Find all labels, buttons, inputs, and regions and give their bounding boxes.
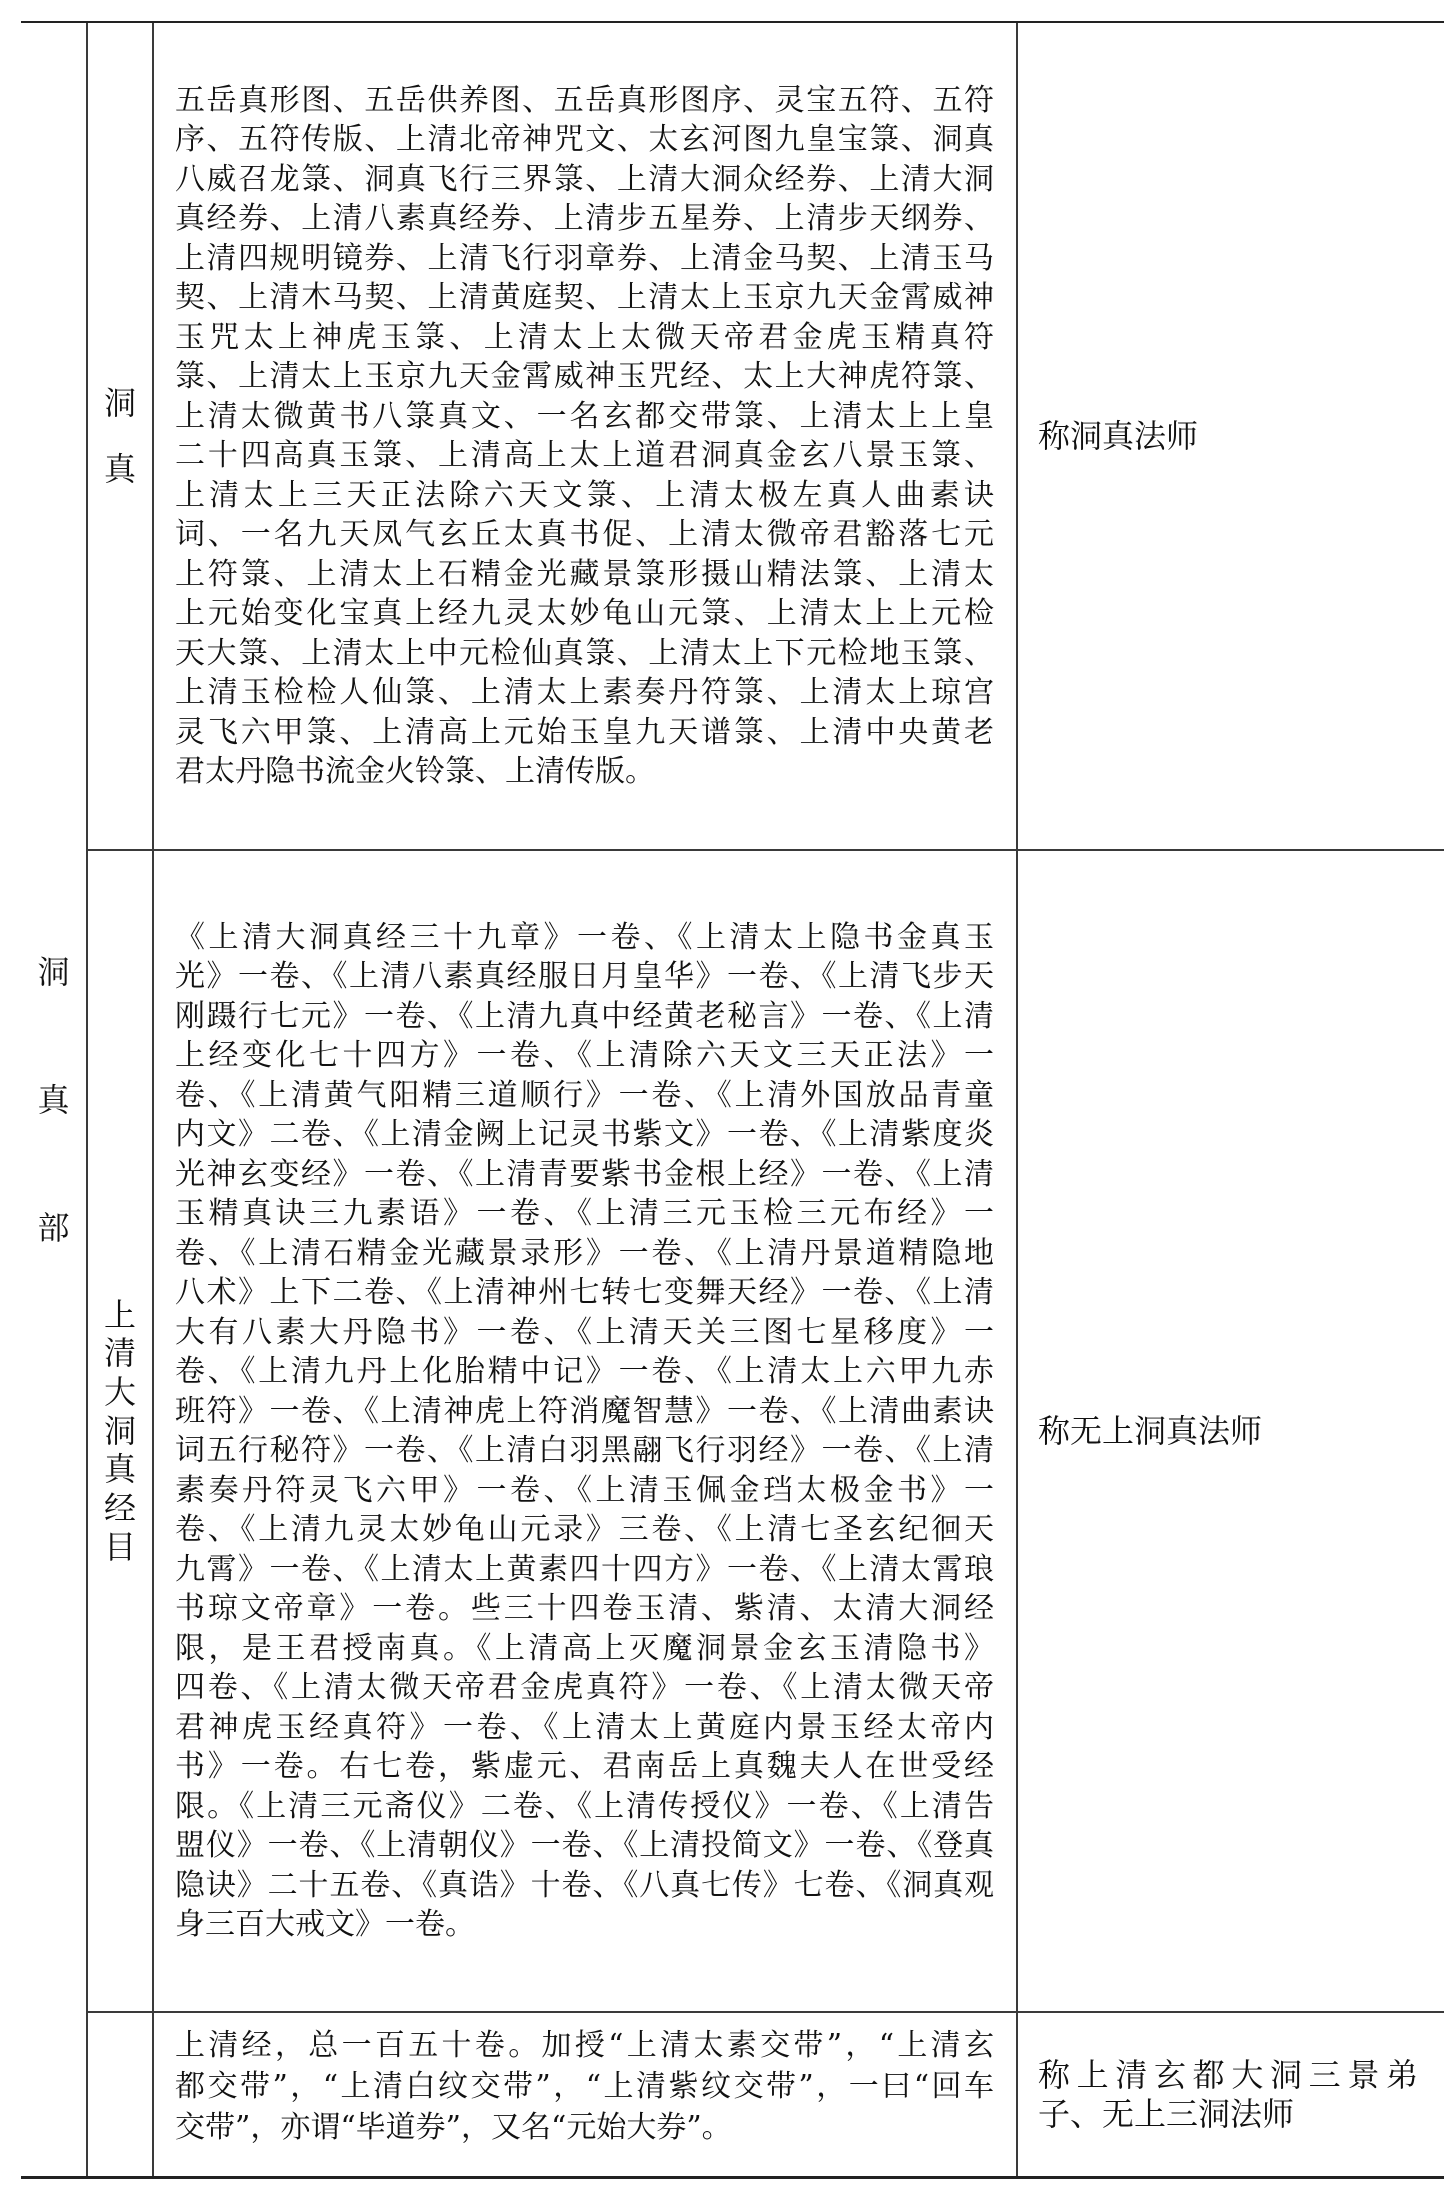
text-line: 称洞真法师 bbox=[1038, 417, 1418, 456]
content-cell-dongzhen: 五岳真形图、五岳供养图、五岳真形图序、灵宝五符、五符序、五符传版、上清北帝神咒文… bbox=[154, 23, 1018, 851]
text-line: 隐诀》二十五卷、《真诰》十卷、《八真七传》七卷、《洞真观 bbox=[175, 1866, 994, 1906]
section-cell: 洞真部 bbox=[21, 23, 88, 2176]
text-line: 君太丹隐书流金火铃箓、上清传版。 bbox=[175, 752, 994, 792]
title-cell-dongzhen: 称洞真法师 bbox=[1018, 23, 1444, 851]
text-line: 书琼文帝章》一卷。些三十四卷玉清、紫清、太清大洞经 bbox=[175, 1589, 994, 1629]
text-line: 上清太上三天正法除六天文箓、上清太极左真人曲素诀 bbox=[175, 476, 994, 516]
ordination-title: 称上清玄都大洞三景弟子、无上三洞法师 bbox=[1038, 2056, 1418, 2134]
text-line: 内文》二卷、《上清金阙上记灵书紫文》一卷、《上清紫度炎 bbox=[175, 1115, 994, 1155]
text-line: 限，是王君授南真。《上清高上灭魔洞景金玄玉清隐书》 bbox=[175, 1629, 994, 1669]
table-bottom-rule bbox=[21, 2176, 1444, 2179]
text-line: 词五行秘符》一卷、《上清白羽黑翮飞行羽经》一卷、《上清 bbox=[175, 1431, 994, 1471]
text-line: 身三百大戒文》一卷。 bbox=[175, 1905, 994, 1945]
ordination-title: 称无上洞真法师 bbox=[1038, 1412, 1418, 1451]
text-line: 五岳真形图、五岳供养图、五岳真形图序、灵宝五符、五符 bbox=[175, 81, 994, 121]
text-line: 真经券、上清八素真经券、上清步五星券、上清步天纲券、 bbox=[175, 199, 994, 239]
vertical-char: 真 bbox=[104, 453, 136, 485]
text-line: 称无上洞真法师 bbox=[1038, 1412, 1418, 1451]
content-cell-shangqing-catalog: 《上清大洞真经三十九章》一卷、《上清太上隐书金真玉光》一卷、《上清八素真经服日月… bbox=[154, 851, 1018, 2013]
content-cell-summary: 上清经，总一百五十卷。加授“上清太素交带”，“上清玄都交带”，“上清白纹交带”，… bbox=[154, 2013, 1018, 2176]
content-paragraph: 上清经，总一百五十卷。加授“上清太素交带”，“上清玄都交带”，“上清白纹交带”，… bbox=[175, 2025, 994, 2148]
vertical-char: 洞 bbox=[104, 1412, 136, 1451]
text-line: 班符》一卷、《上清神虎上符消魔智慧》一卷、《上清曲素诀 bbox=[175, 1392, 994, 1432]
text-line: 四卷、《上清太微天帝君金虎真符》一卷、《上清太微天帝 bbox=[175, 1668, 994, 1708]
text-line: 玉精真诀三九素语》一卷、《上清三元玉检三元布经》一 bbox=[175, 1194, 994, 1234]
vertical-char: 目 bbox=[104, 1528, 136, 1567]
title-cell-shangqing-catalog: 称无上洞真法师 bbox=[1018, 851, 1444, 2013]
text-line: 书》一卷。右七卷，紫虚元、君南岳上真魏夫人在世受经 bbox=[175, 1747, 994, 1787]
text-line: 九霄》一卷、《上清太上黄素四十四方》一卷、《上清太霄琅 bbox=[175, 1550, 994, 1590]
category-cell-shangqing-catalog: 上清大洞真经目 bbox=[88, 851, 154, 2013]
text-line: 盟仪》一卷、《上清朝仪》一卷、《上清投简文》一卷、《登真 bbox=[175, 1826, 994, 1866]
category-label: 上清大洞真经目 bbox=[104, 1296, 136, 1567]
text-line: 交带”，亦谓“毕道券”，又名“元始大券”。 bbox=[175, 2107, 994, 2148]
vertical-char: 清 bbox=[104, 1334, 136, 1373]
vertical-char: 大 bbox=[104, 1373, 136, 1412]
category-label: 洞真 bbox=[104, 387, 136, 485]
text-line: 二十四高真玉箓、上清高上太上道君洞真金玄八景玉箓、 bbox=[175, 436, 994, 476]
category-cell-dongzhen: 洞真 bbox=[88, 23, 154, 851]
text-line: 卷、《上清九灵太妙龟山元录》三卷、《上清七圣玄纪徊天 bbox=[175, 1510, 994, 1550]
text-line: 天大箓、上清太上中元检仙真箓、上清太上下元检地玉箓、 bbox=[175, 634, 994, 674]
vertical-char: 经 bbox=[104, 1489, 136, 1528]
text-line: 光神玄变经》一卷、《上清青要紫书金根上经》一卷、《上清 bbox=[175, 1155, 994, 1195]
content-paragraph: 五岳真形图、五岳供养图、五岳真形图序、灵宝五符、五符序、五符传版、上清北帝神咒文… bbox=[175, 81, 994, 792]
text-line: 君神虎玉经真符》一卷、《上清太上黄庭内景玉经太帝内 bbox=[175, 1708, 994, 1748]
text-line: 上清四规明镜券、上清飞行羽章券、上清金马契、上清玉马 bbox=[175, 239, 994, 279]
vertical-char: 真 bbox=[104, 1450, 136, 1489]
text-line: 上元始变化宝真上经九灵太妙龟山元箓、上清太上上元检 bbox=[175, 594, 994, 634]
text-line: 上清经，总一百五十卷。加授“上清太素交带”，“上清玄 bbox=[175, 2025, 994, 2066]
text-line: 上清玉检检人仙箓、上清太上素奏丹符箓、上清太上琼宫 bbox=[175, 673, 994, 713]
text-line: 素奏丹符灵飞六甲》一卷、《上清玉佩金珰太极金书》一 bbox=[175, 1471, 994, 1511]
text-line: 卷、《上清石精金光藏景录形》一卷、《上清丹景道精隐地 bbox=[175, 1234, 994, 1274]
section-label: 洞真部 bbox=[37, 956, 69, 1244]
document-page: 洞真部 洞真 五岳真形图、五岳供养图、五岳真形图序、灵宝五符、五符序、五符传版、… bbox=[0, 0, 1449, 2194]
text-line: 《上清大洞真经三十九章》一卷、《上清太上隐书金真玉 bbox=[175, 918, 994, 958]
text-line: 卷、《上清黄气阳精三道顺行》一卷、《上清外国放品青童 bbox=[175, 1076, 994, 1116]
text-line: 契、上清木马契、上清黄庭契、上清太上玉京九天金霄威神 bbox=[175, 278, 994, 318]
text-line: 箓、上清太上玉京九天金霄威神玉咒经、太上大神虎符箓、 bbox=[175, 357, 994, 397]
text-line: 大有八素大丹隐书》一卷、《上清天关三图七星移度》一 bbox=[175, 1313, 994, 1353]
text-line: 卷、《上清九丹上化胎精中记》一卷、《上清太上六甲九赤 bbox=[175, 1352, 994, 1392]
ordination-title: 称洞真法师 bbox=[1038, 417, 1418, 456]
text-line: 限。《上清三元斋仪》二卷、《上清传授仪》一卷、《上清告 bbox=[175, 1787, 994, 1827]
text-line: 八术》上下二卷、《上清神州七转七变舞天经》一卷、《上清 bbox=[175, 1273, 994, 1313]
text-line: 八威召龙箓、洞真飞行三界箓、上清大洞众经券、上清大洞 bbox=[175, 160, 994, 200]
text-line: 称上清玄都大洞三景弟 bbox=[1038, 2056, 1418, 2095]
category-cell-empty bbox=[88, 2013, 154, 2176]
text-line: 词、一名九天凤气玄丘太真书促、上清太微帝君豁落七元 bbox=[175, 515, 994, 555]
title-cell-summary: 称上清玄都大洞三景弟子、无上三洞法师 bbox=[1018, 2013, 1444, 2176]
text-line: 上清太微黄书八箓真文、一名玄都交带箓、上清太上上皇 bbox=[175, 397, 994, 437]
text-line: 灵飞六甲箓、上清高上元始玉皇九天谱箓、上清中央黄老 bbox=[175, 713, 994, 753]
text-line: 玉咒太上神虎玉箓、上清太上太微天帝君金虎玉精真符 bbox=[175, 318, 994, 358]
vertical-char: 部 bbox=[37, 1212, 69, 1244]
text-line: 序、五符传版、上清北帝神咒文、太玄河图九皇宝箓、洞真 bbox=[175, 120, 994, 160]
text-line: 都交带”，“上清白纹交带”，“上清紫纹交带”，一曰“回车 bbox=[175, 2066, 994, 2107]
text-line: 光》一卷、《上清八素真经服日月皇华》一卷、《上清飞步天 bbox=[175, 957, 994, 997]
vertical-char: 洞 bbox=[104, 387, 136, 419]
text-line: 上经变化七十四方》一卷、《上清除六天文三天正法》一 bbox=[175, 1036, 994, 1076]
content-paragraph: 《上清大洞真经三十九章》一卷、《上清太上隐书金真玉光》一卷、《上清八素真经服日月… bbox=[175, 918, 994, 1945]
vertical-char: 上 bbox=[104, 1296, 136, 1335]
text-line: 上符箓、上清太上石精金光藏景箓形摄山精法箓、上清太 bbox=[175, 555, 994, 595]
text-line: 子、无上三洞法师 bbox=[1038, 2095, 1418, 2134]
vertical-char: 洞 bbox=[37, 956, 69, 988]
text-line: 刚蹑行七元》一卷、《上清九真中经黄老秘言》一卷、《上清 bbox=[175, 997, 994, 1037]
vertical-char: 真 bbox=[37, 1084, 69, 1116]
